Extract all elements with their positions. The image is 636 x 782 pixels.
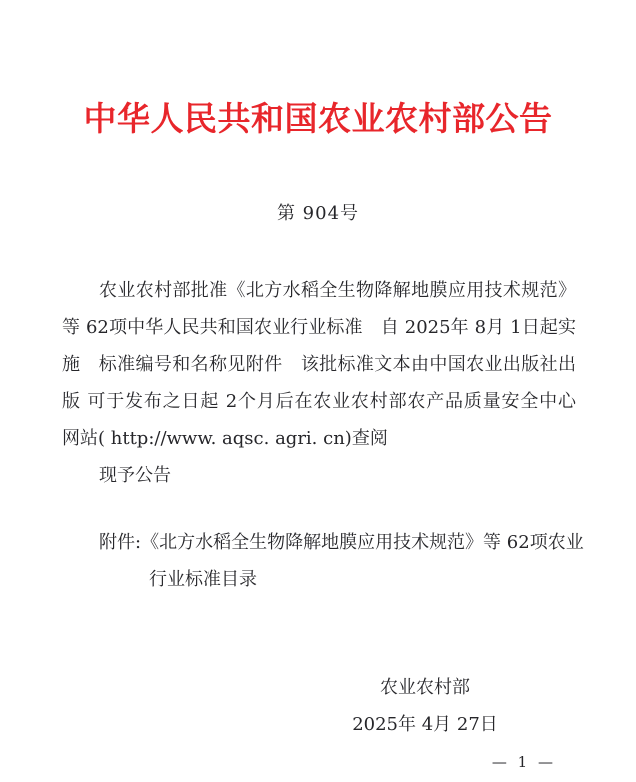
signature-block: 农业农村部 2025年 4月 27日 <box>330 669 520 743</box>
body-line: 等 62项中华人民共和国农业行业标准 自 2025年 8月 1日起实 <box>62 309 576 346</box>
issue-date: 2025年 4月 27日 <box>330 706 520 743</box>
document-number: 第 904号 <box>0 199 636 225</box>
attachment-line: 行业标准目录 <box>62 561 576 598</box>
closing-line: 现予公告 <box>62 457 576 494</box>
issuer-name: 农业农村部 <box>330 669 520 706</box>
body-line: 版 可于发布之日起 2个月后在农业农村部农产品质量安全中心 <box>62 383 576 420</box>
attachment-line: 附件:《北方水稻全生物降解地膜应用技术规范》等 62项农业 <box>62 524 576 561</box>
document-page: 中华人民共和国农业农村部公告 第 904号 农业农村部批准《北方水稻全生物降解地… <box>0 0 636 782</box>
body-line: 施 标准编号和名称见附件 该批标准文本由中国农业出版社出 <box>62 346 576 383</box>
body-paragraph: 农业农村部批准《北方水稻全生物降解地膜应用技术规范》 等 62项中华人民共和国农… <box>62 272 576 494</box>
page-number: — 1 — <box>492 753 556 771</box>
announcement-title: 中华人民共和国农业农村部公告 <box>0 97 636 141</box>
attachment-block: 附件:《北方水稻全生物降解地膜应用技术规范》等 62项农业 行业标准目录 <box>62 524 576 598</box>
body-line: 农业农村部批准《北方水稻全生物降解地膜应用技术规范》 <box>62 272 576 309</box>
body-line-website: 网站( http://www. aqsc. agri. cn)查阅 <box>62 420 576 457</box>
